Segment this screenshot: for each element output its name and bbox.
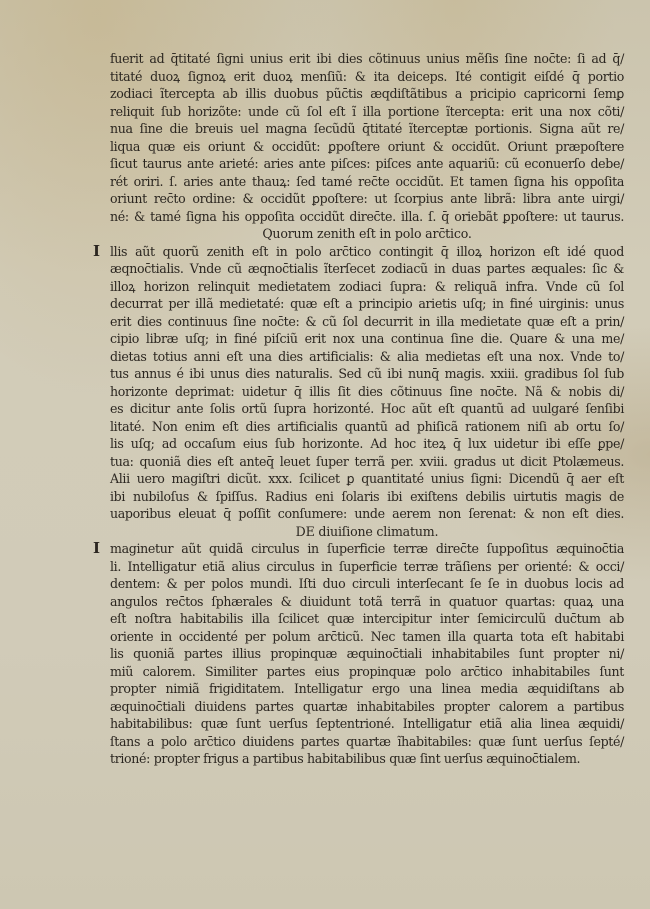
- text-line: propter nimiã frigiditatem. Intelligatur…: [110, 680, 624, 698]
- text-line: llis aũt quorũ zenith eſt in polo arc̄ti…: [110, 243, 624, 261]
- text-line: tus annus é ibi unus dies naturalis. Sed…: [110, 365, 624, 383]
- text-line: liqua quæ eis oriunt & occidũt: ꝑpoſtere…: [110, 138, 624, 156]
- text-line: æqnoc̄tialis. Vnde cũ æqnoc̄tialis ĩterſ…: [110, 260, 624, 278]
- text-line: ſicut taurus ante arieté: aries ante piſ…: [110, 155, 624, 173]
- text-line: miũ calorem. Similiter partes eius propi…: [110, 663, 624, 681]
- text-line: dentem: & per polos mundi. Iſti duo circ…: [110, 575, 624, 593]
- paragraph-1: fuerit ad q̄titaté ſigni unius erit ibi …: [110, 50, 624, 225]
- text-line: tua: quoniã dies eſt anteq̄ leuet ſuper …: [110, 453, 624, 471]
- text-line: titaté duoꝝ ſignoꝝ erit duoꝝ menſiũ: & i…: [110, 68, 624, 86]
- text-line: nua ſine die breuis uel magna ſecũdũ q̄t…: [110, 120, 624, 138]
- text-line: ibi nubiloſus & ſpiſſus. Radius eni ſola…: [110, 488, 624, 506]
- text-line: dietas totius anni eſt una dies artifici…: [110, 348, 624, 366]
- paragraph-2: I llis aũt quorũ zenith eſt in polo arc̄…: [110, 243, 624, 523]
- text-line: oriunt rec̄to ordine: & occidũt ꝑpoſtere…: [110, 190, 624, 208]
- text-line: reliquit ſub horizõte: unde cũ ſol eſt ĩ…: [110, 103, 624, 121]
- text-line: maginetur aũt quidã circulus in ſuperfic…: [110, 540, 624, 558]
- text-line: oriente in occidenté per polum arc̄ticũ.…: [110, 628, 624, 646]
- text-block: fuerit ad q̄titaté ſigni unius erit ibi …: [110, 50, 624, 768]
- text-line: lis quoniã partes illius propinquæ æquin…: [110, 645, 624, 663]
- text-line: æquinoc̄tiali diuidens partes quartæ inh…: [110, 698, 624, 716]
- section-heading-climate-division: DE diuiſione climatum.: [110, 523, 624, 541]
- text-line: rét oriri. ſ. aries ante thauꝝ: ſed tamé…: [110, 173, 624, 191]
- text-line: uaporibus eleuat q̄ poſſit conſumere: un…: [110, 505, 624, 523]
- text-line: litaté. Non enim eſt dies artificialis q…: [110, 418, 624, 436]
- text-line: zodiaci ĩtercepta ab illis duobus pũc̄ti…: [110, 85, 624, 103]
- text-line: ſtans a polo arc̄tico diuidens partes qu…: [110, 733, 624, 751]
- text-line: fuerit ad q̄titaté ſigni unius erit ibi …: [110, 50, 624, 68]
- initial-letter: I: [93, 243, 100, 261]
- text-line: es dicitur ante ſolis ortũ ſupra horizon…: [110, 400, 624, 418]
- text-line: illoꝝ horizon relinquit medietatem zodia…: [110, 278, 624, 296]
- text-line: eſt noſtra habitabilis illa ſcilicet quæ…: [110, 610, 624, 628]
- text-line: li. Intelligatur etiã alius circulus in …: [110, 558, 624, 576]
- paragraph-3: I maginetur aũt quidã circulus in ſuperf…: [110, 540, 624, 768]
- text-line: né: & tamé ſigna his oppoſita occidũt di…: [110, 208, 624, 226]
- text-line: trioné: propter frigus a partibus habita…: [110, 750, 624, 768]
- section-heading-arctic-zenith: Quorum zenith eſt in polo arc̄tico.: [110, 225, 624, 243]
- parchment-page: fuerit ad q̄titaté ſigni unius erit ibi …: [0, 0, 650, 909]
- text-line: angulos rec̄tos ſphærales & diuidunt tot…: [110, 593, 624, 611]
- text-line: Alii uero magiſtri dicũt. xxx. ſcilicet …: [110, 470, 624, 488]
- text-line: horizonte deprimat: uidetur q̄ illis ſit…: [110, 383, 624, 401]
- text-line: cipio libræ uſq; in finé piſciũ erit nox…: [110, 330, 624, 348]
- text-line: lis uſq; ad occaſum eius ſub horizonte. …: [110, 435, 624, 453]
- text-line: erit dies continuus ſine noc̄te: & cũ ſo…: [110, 313, 624, 331]
- initial-letter: I: [93, 540, 100, 558]
- text-line: decurrat per illã medietaté: quæ eſt a p…: [110, 295, 624, 313]
- text-line: habitabilibus: quæ ſunt uerſus ſeptentri…: [110, 715, 624, 733]
